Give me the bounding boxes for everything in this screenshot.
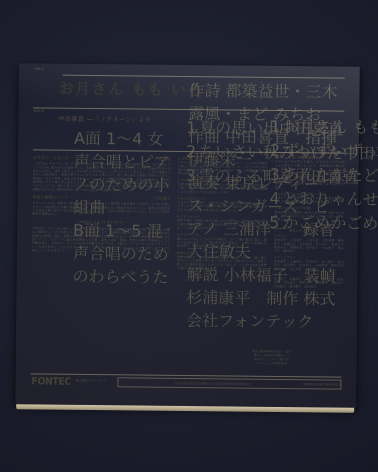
- center-caption: ―お月さん ももいろ ばんのもも―: [32, 220, 170, 225]
- song-note: 3 あんたがたどこさ 手まりうたの旋律が、変奏されながら各声部を順に渡ってゆく。…: [177, 197, 267, 213]
- song-note: 5 かごめかごめ 輪になって回る子どもたちの情景を、カノン風の書法で描く。後ろの…: [177, 233, 267, 249]
- record-sleeve: SIDE A お月さん もも いろ 作詩 都築益世・三木露風・まど みちお 作曲…: [15, 63, 360, 408]
- photo-background: { "header": { "side_a_label": "SIDE A", …: [0, 0, 378, 472]
- roster-names: 松本恵美 三浦典代 宮田幸子 村上静江 森山京子 山口珠江 山本和子 吉田真澄 …: [274, 260, 344, 272]
- song-note: とおりゃんせ(江戸子守歌) 関所を越える緊張と遊びの楽しさが交錯する終曲。最後は…: [274, 207, 344, 223]
- column-heading: お月さん・ももいろ 中田喜直: [33, 155, 171, 161]
- address-box: 〒113 東京都文京区湯島2-31-8 電話(03)834-5515(代) ST…: [117, 377, 341, 389]
- track-title: 夏の思い出: [199, 118, 279, 138]
- roster-group: メゾ・ソプラノ 松本恵美 三浦典代 宮田幸子 村上静江 森山京子 山口珠江 山本…: [274, 256, 344, 272]
- roster-names: 金子文子 佐藤祐子 鈴木一恵 関口信子 田村光子 寺島良江 長野文代 西村敏子 …: [273, 277, 343, 289]
- choir-roster: 東京レディース・シンガーズ ソプラノ 青木明子 石井京子 上田早苗 大野真理 岡…: [273, 229, 344, 289]
- song-note-body: 全曲を通じて、ピアノは単なる伴奏ではなく、月の光、風、遠い物音といった情景を担う…: [177, 255, 267, 271]
- column-heading: 作品と演奏について 小林福子: [32, 195, 170, 201]
- song-note: あんたがたどこさ(肥後手まりうた) 手まりうたの旋律が変奏されながら声部を渡る。…: [274, 192, 344, 204]
- track-row: 1夏の思い出 中田喜直: [186, 115, 264, 139]
- album-subtitle: 中田喜直 ―「ノクターン」より: [58, 114, 151, 124]
- song-note-body: 関所を越える緊張と遊びの楽しさが交錯する。短調の旋律が執拗に繰り返されたのち、ふ…: [177, 219, 267, 231]
- roster-title: 東京レディース・シンガーズ: [274, 229, 344, 233]
- track-row: 1お月さん ももいろ 3'42": [270, 114, 344, 138]
- fontec-logo: FONTEC: [31, 376, 71, 387]
- address-text: 〒113 東京都文京区湯島2-31-8 電話(03)834-5515(代): [174, 381, 250, 386]
- album-title: お月さん もも いろ: [58, 78, 204, 101]
- heading-author: 小林福子: [154, 196, 170, 201]
- heading-title: お月さん・ももいろ: [33, 155, 69, 160]
- track-number: 1: [186, 118, 196, 137]
- song-note: 4 とおりゃんせ 関所を越える緊張と遊びの楽しさが交錯する。短調の旋律が執拗に繰…: [177, 215, 267, 231]
- song-note: ずいずいずっころばし(わらべうた) 茶壺に追われて戸をぴしゃん。歌詞の面白さを軽…: [274, 174, 344, 190]
- publisher-name: 株式会社フォンテック: [75, 379, 115, 387]
- liner-paragraph: 「お月さん ももいろ」は、日本各地に伝えられたわらべうたと子守歌を素材として、女…: [32, 162, 170, 193]
- song-note-body: 茶壺に追われて戸をぴしゃん。歌詞の面白さを軽やかなリズムで描き、終わりは囁くよう…: [274, 178, 344, 190]
- song-note-body: ももいろの月が昇る夕暮れ、子どもたちの声が遠くから重なって聞こえてくる。終始弱音…: [275, 160, 345, 172]
- song-note-body: 手まりうたの旋律が、変奏されながら各声部を順に渡ってゆく。ピアノの高音の乾いた響…: [177, 201, 267, 213]
- catalog-price: STEREO FONC-5030 ¥2,500: [303, 382, 342, 386]
- song-note: 2 ずいずいずっころばし 茶壺の歌詞の面白さを、軽やかなスタッカートと声部の掛け…: [177, 179, 267, 195]
- heading-title: 作品と演奏について: [32, 195, 68, 200]
- song-note: 終曲によせて 全曲を通じて、ピアノは単なる伴奏ではなく、月の光、風、遠い物音とい…: [177, 251, 267, 271]
- liner-paragraph: 合唱団は一九六八年の創立。以来、邦人作品の初演を中心に活発な演奏活動を続け、その…: [32, 227, 170, 254]
- song-note: お月さん ももいろ(都築益世 詩) ももいろの月が昇る夕暮れ、子どもたちの声が遠…: [275, 156, 345, 172]
- song-note-body: 茶壺の歌詞の面白さを、軽やかなスタッカートと声部の掛け合いで描く一曲。中間部の思…: [177, 183, 267, 195]
- heading-author: 中田喜直: [155, 157, 171, 162]
- roster-group: アルト 金子文子 佐藤祐子 鈴木一恵 関口信子 田村光子 寺島良江 長野文代 西…: [273, 273, 343, 289]
- song-note-body: わらべうたの旋律をそのまま用いるのではなく、ことばの抑揚から新しい旋律を紡ぎ出す…: [178, 161, 268, 177]
- recording-line: カッティング/東洋化成: [208, 361, 336, 366]
- song-note-body: 輪になって回る子どもたちの情景を、カノン風の書法で描く。後ろの正面だあれ、の一句…: [177, 237, 267, 249]
- roster-group: ソプラノ 青木明子 石井京子 上田早苗 大野真理 岡田恵子 加藤文江 川村直美 …: [274, 234, 344, 254]
- song-note: 1 お月さん ももいろ わらべうたの旋律をそのまま用いるのではなく、ことばの抑揚…: [178, 157, 268, 177]
- track-title: お月さん ももいろ: [283, 117, 378, 137]
- liner-paragraph: 本アルバムには、組曲全八曲のほか、同じ作曲者による愛唱歌三曲を併せて収めた。いず…: [32, 202, 170, 218]
- song-note-body: 関所を越える緊張と遊びの楽しさが交錯する終曲。最後は再びももいろの月の情景に戻り…: [274, 211, 344, 223]
- song-note-body: 手まりうたの旋律が変奏されながら声部を渡る。ピアノの高音の響きが鞠の弾みを思わせ…: [274, 196, 344, 204]
- liner-notes-column-1: お月さん・ももいろ 中田喜直 「お月さん ももいろ」は、日本各地に伝えられたわら…: [31, 155, 171, 358]
- roster-names: 青木明子 石井京子 上田早苗 大野真理 岡田恵子 加藤文江 川村直美 木下洋子 …: [274, 239, 344, 254]
- track-number: 1: [270, 117, 280, 136]
